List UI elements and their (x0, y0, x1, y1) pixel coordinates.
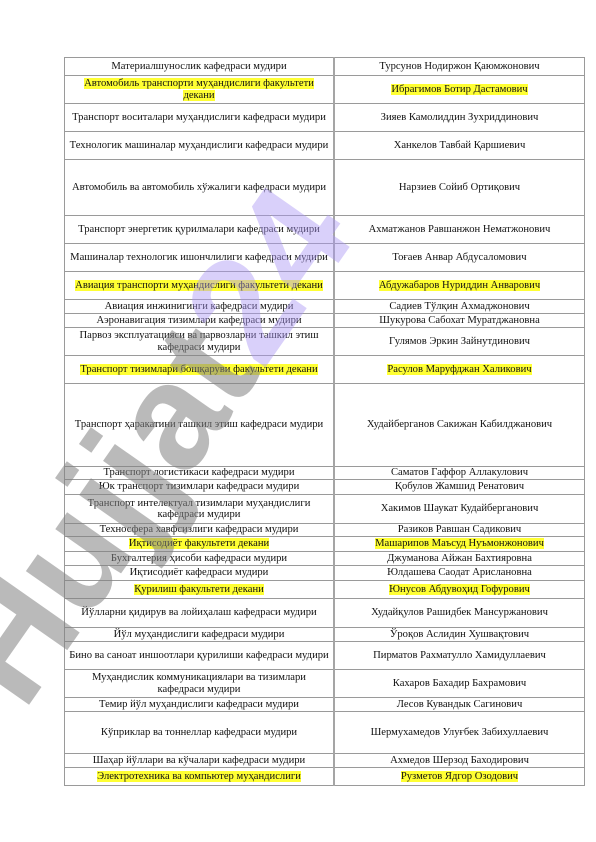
table-row: Кўприклар ва тоннеллар кафедраси мудириШ… (65, 712, 585, 754)
table-row: Машиналар технологик ишончлилиги кафедра… (65, 244, 585, 272)
name-cell: Кахаров Бахадир Бахрамович (334, 670, 585, 698)
name-cell: Лесов Кувандык Сагинович (334, 698, 585, 712)
staff-table-body: Материалшунослик кафедраси мудириТурсуно… (65, 58, 585, 786)
position-text: Иқтисодиёт факультети декани (129, 538, 269, 549)
person-name: Нарзиев Сойиб Ортиқович (399, 182, 520, 193)
position-text: Шаҳар йўллари ва кўчалари кафедраси муди… (93, 755, 305, 766)
position-cell: Транспорт логистикаси кафедраси мудири (65, 467, 335, 480)
staff-table: Материалшунослик кафедраси мудириТурсуно… (64, 57, 585, 786)
position-text: Темир йўл муҳандислиги кафедраси мудири (99, 699, 299, 710)
name-cell: Тоғаев Анвар Абдусаломович (334, 244, 585, 272)
name-cell: Машарипов Маъсуд Нуъмонжонович (334, 537, 585, 552)
name-cell: Пирматов Рахматулло Хамидуллаевич (334, 642, 585, 670)
person-name: Тоғаев Анвар Абдусаломович (392, 252, 526, 263)
position-text: Муҳандислик коммуникациялари ва тизимлар… (92, 672, 306, 695)
person-name: Кахаров Бахадир Бахрамович (393, 678, 526, 689)
table-row: Транспорт ҳаракатини ташкил этиш кафедра… (65, 384, 585, 467)
position-text: Парвоз эксплуатацияси ва парвозларни таш… (79, 330, 318, 353)
position-text: Транспорт интелектуал тизимлари муҳандис… (88, 498, 311, 521)
position-cell: Транспорт воситалари муҳандислиги кафедр… (65, 104, 335, 132)
person-name: Ахмедов Шерзод Баходирович (390, 755, 529, 766)
position-cell: Авиация транспорти муҳандислиги факульте… (65, 272, 335, 300)
position-text: Кўприклар ва тоннеллар кафедраси мудири (101, 727, 297, 738)
position-cell: Темир йўл муҳандислиги кафедраси мудири (65, 698, 335, 712)
table-row: Аэронавигация тизимлари кафедраси мудири… (65, 314, 585, 328)
table-row: Электротехника ва компьютер муҳандислиги… (65, 768, 585, 786)
position-text: Аэронавигация тизимлари кафедраси мудири (96, 315, 301, 326)
table-row: Транспорт тизимлари бошқаруви факультети… (65, 356, 585, 384)
position-text: Электротехника ва компьютер муҳандислиги (97, 771, 301, 782)
position-text: Бухгалтерия ҳисоби кафедраси мудири (111, 553, 287, 564)
person-name: Абдужабаров Нуриддин Анварович (379, 280, 540, 291)
person-name: Пирматов Рахматулло Хамидуллаевич (373, 650, 546, 661)
table-row: Бухгалтерия ҳисоби кафедраси мудириДжума… (65, 552, 585, 566)
position-text: Транспорт ҳаракатини ташкил этиш кафедра… (75, 419, 323, 430)
position-cell: Транспорт интелектуал тизимлари муҳандис… (65, 495, 335, 524)
name-cell: Худайберганов Сакижан Кабилджанович (334, 384, 585, 467)
name-cell: Ўроқов Аслидин Хушвақтович (334, 628, 585, 642)
person-name: Гулямов Эркин Зайнутдинович (389, 336, 530, 347)
name-cell: Рузметов Ядгор Озодович (334, 768, 585, 786)
person-name: Разиков Равшан Садикович (398, 524, 522, 535)
table-row: Автомобиль транспорти муҳандислиги факул… (65, 76, 585, 104)
position-cell: Бино ва саноат иншоотлари қурилиши кафед… (65, 642, 335, 670)
position-text: Қурилиш факультети декани (134, 584, 264, 595)
position-text: Машиналар технологик ишончлилиги кафедра… (70, 252, 328, 263)
name-cell: Абдужабаров Нуриддин Анварович (334, 272, 585, 300)
name-cell: Джуманова Айжан Бахтияровна (334, 552, 585, 566)
position-cell: Йўлларни қидирув ва лойиҳалаш кафедраси … (65, 599, 335, 628)
person-name: Турсунов Нодиржон Қаюмжонович (379, 61, 539, 72)
position-text: Автомобиль ва автомобиль хўжалиги кафедр… (72, 182, 326, 193)
name-cell: Ахмедов Шерзод Баходирович (334, 754, 585, 768)
person-name: Лесов Кувандык Сагинович (397, 699, 523, 710)
name-cell: Шукурова Сабохат Муратджановна (334, 314, 585, 328)
name-cell: Қобулов Жамшид Ренатович (334, 480, 585, 495)
name-cell: Ахматжанов Равшанжон Нематжонович (334, 216, 585, 244)
name-cell: Хакимов Шаукат Кудайберганович (334, 495, 585, 524)
position-cell: Автомобиль транспорти муҳандислиги факул… (65, 76, 335, 104)
name-cell: Шермухамедов Улуғбек Забихуллаевич (334, 712, 585, 754)
table-row: Техносфера хавфсизлиги кафедраси мудириР… (65, 524, 585, 537)
table-row: Қурилиш факультети деканиЮнусов Абдувоҳи… (65, 581, 585, 599)
position-text: Автомобиль транспорти муҳандислиги факул… (84, 78, 314, 101)
position-text: Транспорт энергетик қурилмалари кафедрас… (78, 224, 320, 235)
table-row: Технологик машиналар муҳандислиги кафедр… (65, 132, 585, 160)
position-cell: Автомобиль ва автомобиль хўжалиги кафедр… (65, 160, 335, 216)
table-row: Муҳандислик коммуникациялари ва тизимлар… (65, 670, 585, 698)
name-cell: Юлдашева Саодат Арислановна (334, 566, 585, 581)
person-name: Юлдашева Саодат Арислановна (387, 567, 532, 578)
position-cell: Транспорт тизимлари бошқаруви факультети… (65, 356, 335, 384)
table-row: Шаҳар йўллари ва кўчалари кафедраси муди… (65, 754, 585, 768)
person-name: Худайқулов Рашидбек Мансуржанович (371, 607, 548, 618)
person-name: Қобулов Жамшид Ренатович (395, 481, 524, 492)
name-cell: Зияев Камолиддин Зухриддинович (334, 104, 585, 132)
name-cell: Турсунов Нодиржон Қаюмжонович (334, 58, 585, 76)
table-row: Парвоз эксплуатацияси ва парвозларни таш… (65, 328, 585, 356)
position-text: Бино ва саноат иншоотлари қурилиши кафед… (69, 650, 328, 661)
name-cell: Гулямов Эркин Зайнутдинович (334, 328, 585, 356)
position-text: Йўлларни қидирув ва лойиҳалаш кафедраси … (81, 607, 316, 618)
position-text: Транспорт логистикаси кафедраси мудири (103, 467, 294, 478)
person-name: Садиев Тўлқин Ахмаджонович (389, 301, 529, 312)
position-cell: Транспорт энергетик қурилмалари кафедрас… (65, 216, 335, 244)
person-name: Шермухамедов Улуғбек Забихуллаевич (371, 727, 549, 738)
person-name: Ахматжанов Равшанжон Нематжонович (369, 224, 551, 235)
table-row: Иқтисодиёт факультети деканиМашарипов Ма… (65, 537, 585, 552)
position-cell: Техносфера хавфсизлиги кафедраси мудири (65, 524, 335, 537)
name-cell: Нарзиев Сойиб Ортиқович (334, 160, 585, 216)
table-row: Авиация транспорти муҳандислиги факульте… (65, 272, 585, 300)
person-name: Юнусов Абдувоҳид Гофурович (389, 584, 530, 595)
position-cell: Юк транспорт тизимлари кафедраси мудири (65, 480, 335, 495)
table-row: Транспорт логистикаси кафедраси мудириСа… (65, 467, 585, 480)
table-row: Йўлларни қидирув ва лойиҳалаш кафедраси … (65, 599, 585, 628)
position-cell: Шаҳар йўллари ва кўчалари кафедраси муди… (65, 754, 335, 768)
position-cell: Иқтисодиёт кафедраси мудири (65, 566, 335, 581)
position-text: Юк транспорт тизимлари кафедраси мудири (99, 481, 300, 492)
position-text: Иқтисодиёт кафедраси мудири (130, 567, 269, 578)
table-row: Иқтисодиёт кафедраси мудириЮлдашева Саод… (65, 566, 585, 581)
name-cell: Саматов Гаффор Аллакулович (334, 467, 585, 480)
person-name: Зияев Камолиддин Зухриддинович (381, 112, 539, 123)
position-cell: Материалшунослик кафедраси мудири (65, 58, 335, 76)
person-name: Машарипов Маъсуд Нуъмонжонович (375, 538, 544, 549)
person-name: Джуманова Айжан Бахтияровна (387, 553, 532, 564)
name-cell: Ханкелов Тавбай Қаршиевич (334, 132, 585, 160)
name-cell: Садиев Тўлқин Ахмаджонович (334, 300, 585, 314)
position-cell: Транспорт ҳаракатини ташкил этиш кафедра… (65, 384, 335, 467)
person-name: Хакимов Шаукат Кудайберганович (381, 503, 539, 514)
person-name: Худайберганов Сакижан Кабилджанович (367, 419, 552, 430)
position-cell: Бухгалтерия ҳисоби кафедраси мудири (65, 552, 335, 566)
position-text: Транспорт воситалари муҳандислиги кафедр… (72, 112, 326, 123)
table-row: Авиация инжинигинги кафедраси мудириСади… (65, 300, 585, 314)
position-text: Материалшунослик кафедраси мудири (111, 61, 286, 72)
position-cell: Парвоз эксплуатацияси ва парвозларни таш… (65, 328, 335, 356)
table-row: Автомобиль ва автомобиль хўжалиги кафедр… (65, 160, 585, 216)
position-text: Технологик машиналар муҳандислиги кафедр… (70, 140, 329, 151)
person-name: Ибрагимов Ботир Дастамович (391, 84, 527, 95)
table-row: Бино ва саноат иншоотлари қурилиши кафед… (65, 642, 585, 670)
table-row: Йўл муҳандислиги кафедраси мудириЎроқов … (65, 628, 585, 642)
position-text: Авиация инжинигинги кафедраси мудири (105, 301, 294, 312)
table-row: Транспорт интелектуал тизимлари муҳандис… (65, 495, 585, 524)
name-cell: Юнусов Абдувоҳид Гофурович (334, 581, 585, 599)
name-cell: Расулов Маруфджан Халикович (334, 356, 585, 384)
position-text: Транспорт тизимлари бошқаруви факультети… (80, 364, 317, 375)
person-name: Саматов Гаффор Аллакулович (391, 467, 528, 478)
table-row: Темир йўл муҳандислиги кафедраси мудириЛ… (65, 698, 585, 712)
position-cell: Кўприклар ва тоннеллар кафедраси мудири (65, 712, 335, 754)
position-cell: Технологик машиналар муҳандислиги кафедр… (65, 132, 335, 160)
position-cell: Аэронавигация тизимлари кафедраси мудири (65, 314, 335, 328)
person-name: Ханкелов Тавбай Қаршиевич (394, 140, 526, 151)
position-cell: Муҳандислик коммуникациялари ва тизимлар… (65, 670, 335, 698)
person-name: Рузметов Ядгор Озодович (401, 771, 518, 782)
table-row: Транспорт воситалари муҳандислиги кафедр… (65, 104, 585, 132)
position-cell: Иқтисодиёт факультети декани (65, 537, 335, 552)
position-text: Авиация транспорти муҳандислиги факульте… (75, 280, 323, 291)
name-cell: Разиков Равшан Садикович (334, 524, 585, 537)
table-row: Транспорт энергетик қурилмалари кафедрас… (65, 216, 585, 244)
position-text: Йўл муҳандислиги кафедраси мудири (114, 629, 285, 640)
position-text: Техносфера хавфсизлиги кафедраси мудири (100, 524, 299, 535)
person-name: Расулов Маруфджан Халикович (387, 364, 531, 375)
position-cell: Электротехника ва компьютер муҳандислиги (65, 768, 335, 786)
position-cell: Авиация инжинигинги кафедраси мудири (65, 300, 335, 314)
person-name: Ўроқов Аслидин Хушвақтович (390, 629, 529, 640)
name-cell: Ибрагимов Ботир Дастамович (334, 76, 585, 104)
position-cell: Машиналар технологик ишончлилиги кафедра… (65, 244, 335, 272)
position-cell: Йўл муҳандислиги кафедраси мудири (65, 628, 335, 642)
table-row: Материалшунослик кафедраси мудириТурсуно… (65, 58, 585, 76)
name-cell: Худайқулов Рашидбек Мансуржанович (334, 599, 585, 628)
position-cell: Қурилиш факультети декани (65, 581, 335, 599)
table-row: Юк транспорт тизимлари кафедраси мудириҚ… (65, 480, 585, 495)
person-name: Шукурова Сабохат Муратджановна (379, 315, 540, 326)
